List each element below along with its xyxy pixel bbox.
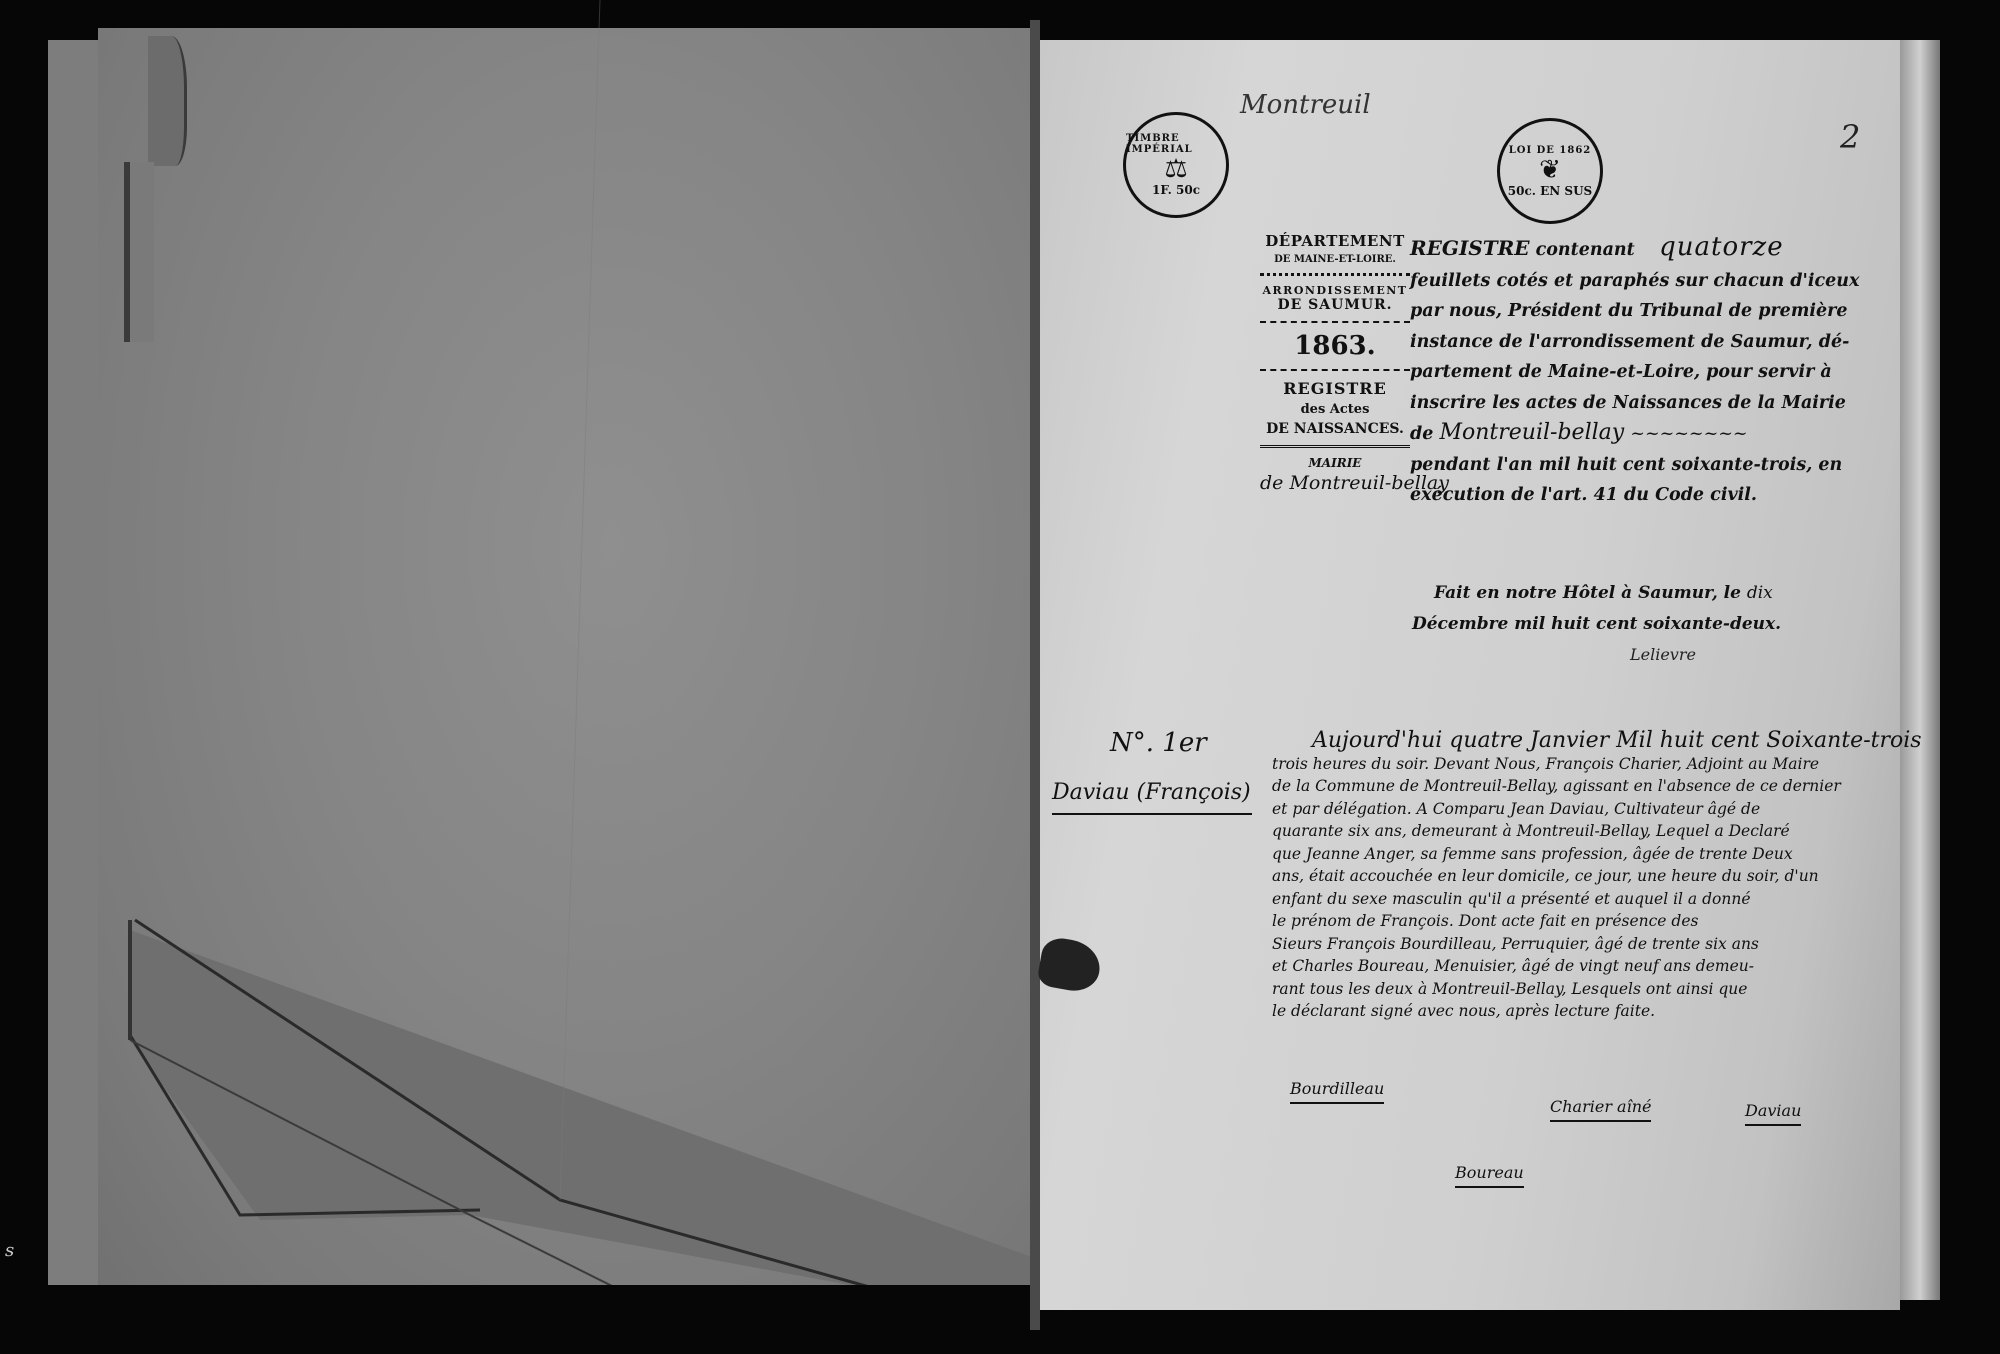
closing-line: Fait en notre Hôtel à Saumur, le [1434, 583, 1741, 603]
preamble-line: exécution de l'art. 41 du Code civil. [1410, 480, 1870, 511]
frayed-page-edges [1900, 40, 1940, 1300]
registre-label: REGISTRE [1260, 379, 1410, 398]
register-year: 1863. [1260, 331, 1410, 361]
arrondissement-name: DE SAUMUR. [1260, 297, 1410, 313]
header-block: DÉPARTEMENT DE MAINE-ET-LOIRE. ARRONDISS… [1260, 232, 1410, 494]
des-actes-label: des Actes [1260, 402, 1410, 417]
entry-subject-name: Daviau (François) [1052, 780, 1252, 815]
eagle-icon: ❦ [1539, 156, 1561, 184]
closing-line: Décembre mil huit cent soixante-deux. [1412, 609, 1812, 640]
stamp-ring-text: LOI DE 1862 [1509, 145, 1592, 156]
feuillets-count-handwritten: quatorze [1659, 232, 1784, 262]
folio-number: 2 [1840, 118, 1860, 156]
contenant-text: contenant [1536, 240, 1635, 260]
departement-name: DE MAINE-ET-LOIRE. [1260, 254, 1410, 265]
stamp-ring-text: TIMBRE IMPÉRIAL [1126, 133, 1226, 155]
naissances-label: DE NAISSANCES. [1260, 421, 1410, 437]
preamble-line: par nous, Président du Tribunal de premi… [1410, 296, 1870, 327]
timbre-imperial-stamp: TIMBRE IMPÉRIAL ⚖ 1F. 50c [1123, 112, 1229, 218]
preamble-line: inscrire les actes de Naissances de la M… [1410, 388, 1870, 419]
act-line: le déclarant signé avec nous, après lect… [1272, 1000, 1872, 1023]
act-line: que Jeanne Anger, sa femme sans professi… [1272, 843, 1872, 866]
act-line: enfant du sexe masculin qu'il a présenté… [1272, 888, 1872, 911]
divider [1260, 369, 1410, 371]
preamble-line: instance de l'arrondissement de Saumur, … [1410, 327, 1870, 358]
act-line: Sieurs François Bourdilleau, Perruquier,… [1272, 933, 1872, 956]
stamp-value: 1F. 50c [1152, 183, 1200, 197]
entry-number: N°. 1er [1110, 728, 1207, 758]
signature-daviau: Daviau [1745, 1101, 1801, 1126]
divider [1260, 321, 1410, 323]
preamble-line: feuillets cotés et paraphés sur chacun d… [1410, 266, 1870, 297]
birth-act-text: Aujourd'hui quatre Janvier Mil huit cent… [1272, 730, 1872, 1023]
margin-mark: s [5, 1240, 14, 1261]
preamble-line: pendant l'an mil huit cent soixante-troi… [1410, 450, 1870, 481]
loi-1862-stamp: LOI DE 1862 ❦ 50c. EN SUS [1497, 118, 1603, 224]
act-line: le prénom de François. Dont acte fait en… [1272, 910, 1872, 933]
commune-handwritten: Montreuil-bellay [1439, 420, 1624, 445]
divider [1260, 273, 1410, 276]
act-line: et Charles Boureau, Menuisier, âgé de vi… [1272, 955, 1872, 978]
act-line: rant tous les deux à Montreuil-Bellay, L… [1272, 978, 1872, 1001]
commune-handwritten: de Montreuil-bellay [1260, 472, 1410, 494]
signature-boureau: Boureau [1455, 1163, 1524, 1188]
act-line: de la Commune de Montreuil-Bellay, agiss… [1272, 775, 1872, 798]
scanned-register-image: s Montreuil 2 TIMBRE IMPÉRIAL ⚖ 1F. 50c … [0, 0, 2000, 1354]
signatures-block: Bourdilleau Charier aîné Daviau Boureau [1290, 1075, 1890, 1195]
act-line: ans, était accouchée en leur domicile, c… [1272, 865, 1872, 888]
signature-bourdilleau: Bourdilleau [1290, 1079, 1384, 1104]
de-text: de [1410, 424, 1433, 444]
preamble-line: partement de Maine-et-Loire, pour servir… [1410, 357, 1870, 388]
registre-heading: REGISTRE [1410, 236, 1530, 260]
binding-spine [1030, 20, 1040, 1330]
act-line: quarante six ans, demeurant à Montreuil-… [1272, 820, 1872, 843]
signature-charier: Charier aîné [1550, 1097, 1651, 1122]
page-bottom-shadow [45, 1285, 1045, 1354]
act-line: et par délégation. A Comparu Jean Daviau… [1272, 798, 1872, 821]
justice-figure-icon: ⚖ [1164, 155, 1187, 183]
arrondissement-label: ARRONDISSEMENT [1260, 284, 1410, 297]
register-preamble: REGISTRE contenant quatorze feuillets co… [1410, 232, 1870, 511]
mairie-label: MAIRIE [1260, 456, 1410, 470]
divider [1260, 445, 1410, 448]
act-line: trois heures du soir. Devant Nous, Franç… [1272, 753, 1872, 776]
president-signature: Lelievre [1630, 645, 1696, 664]
day-handwritten: dix [1747, 583, 1773, 603]
act-line: Aujourd'hui quatre Janvier Mil huit cent… [1272, 730, 1872, 753]
closing-statement: Fait en notre Hôtel à Saumur, le dix Déc… [1412, 578, 1812, 640]
margin-annotation: Montreuil [1240, 90, 1371, 120]
stamp-value: 50c. EN SUS [1508, 184, 1592, 198]
departement-label: DÉPARTEMENT [1260, 232, 1410, 250]
